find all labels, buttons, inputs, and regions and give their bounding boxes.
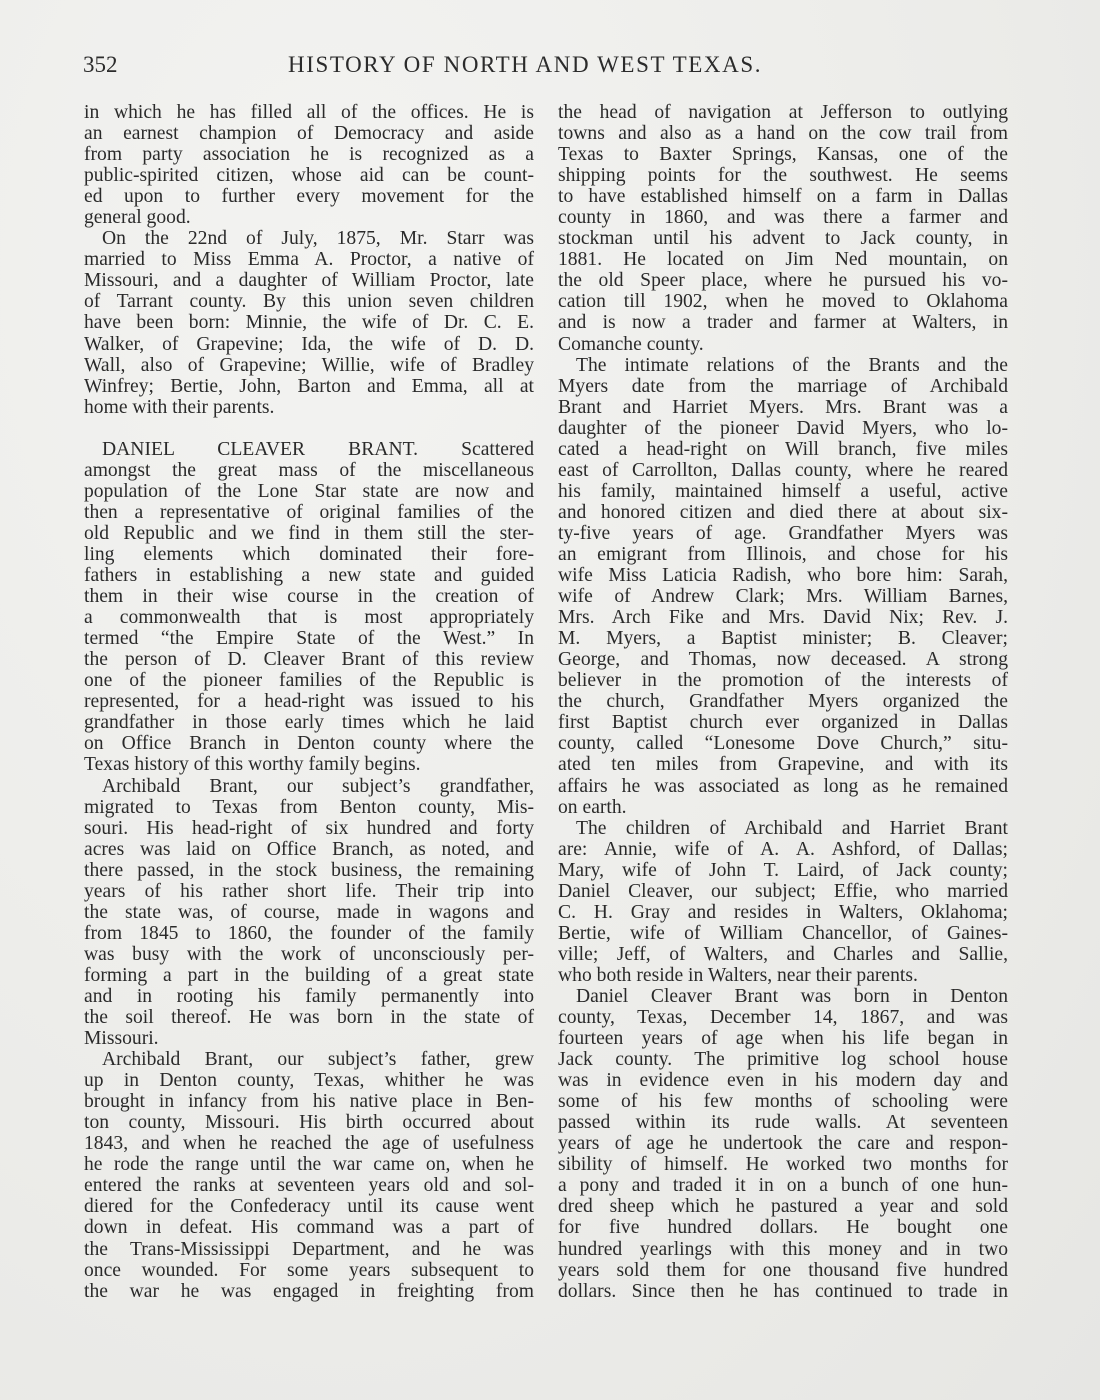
text-line: cation till 1902, when he moved to Oklah… [558,291,1008,312]
text-line: and in rooting his family permanently in… [84,986,534,1007]
text-line: Daniel Cleaver Brant was born in Denton [558,986,1008,1007]
text-line: C. H. Gray and resides in Walters, Oklah… [558,902,1008,923]
text-line: ville; Jeff, of Walters, and Charles and… [558,944,1008,965]
text-line: termed “the Empire State of the West.” I… [84,628,534,649]
text-line: Texas history of this worthy family begi… [84,754,534,775]
text-line: county in 1860, and was there a farmer a… [558,207,1008,228]
text-line: for five hundred dollars. He bought one [558,1217,1008,1238]
text-line: the state was, of course, made in wagons… [84,902,534,923]
text-line: to have established himself on a farm in… [558,186,1008,207]
text-line: fourteen years of age when his life bega… [558,1028,1008,1049]
text-line: ed upon to further every movement for th… [84,186,534,207]
text-line: ty-five years of age. Grandfather Myers … [558,523,1008,544]
text-line: some of his few months of schooling were [558,1091,1008,1112]
text-line: grandfather in those early times which h… [84,712,534,733]
text-line: was busy with the work of unconsciously … [84,944,534,965]
right-column: the head of navigation at Jefferson to o… [558,102,1008,1302]
text-line: are: Annie, wife of A. A. Ashford, of Da… [558,839,1008,860]
left-column: in which he has filled all of the office… [84,102,534,1302]
text-line: public-spirited citizen, whose aid can b… [84,165,534,186]
text-line: old Republic and we find in them still t… [84,523,534,544]
text-line: the church, Grandfather Myers organized … [558,691,1008,712]
text-line: Bertie, wife of William Chancellor, of G… [558,923,1008,944]
text-line: wife of Andrew Clark; Mrs. William Barne… [558,586,1008,607]
text-line: hundred yearlings with this money and in… [558,1239,1008,1260]
text-line: ated ten miles from Grapevine, and with … [558,754,1008,775]
text-line: souri. His head-right of six hundred and… [84,818,534,839]
text-line: Brant and Harriet Myers. Mrs. Brant was … [558,397,1008,418]
text-line: population of the Lone Star state are no… [84,481,534,502]
text-line: amongst the great mass of the miscellane… [84,460,534,481]
text-line: he rode the range until the war came on,… [84,1154,534,1175]
text-line: a commonwealth that is most appropriatel… [84,607,534,628]
text-line: Texas to Baxter Springs, Kansas, one of … [558,144,1008,165]
text-line: represented, for a head-right was issued… [84,691,534,712]
text-line: Daniel Cleaver, our subject; Effie, who … [558,881,1008,902]
text-line: Archibald Brant, our subject’s grandfath… [84,776,534,797]
text-line: daughter of the pioneer David Myers, who… [558,418,1008,439]
text-line: county, Texas, December 14, 1867, and wa… [558,1007,1008,1028]
text-line: the old Speer place, where he pursued hi… [558,270,1008,291]
text-line: county, called “Lonesome Dove Church,” s… [558,733,1008,754]
text-line: The children of Archibald and Harriet Br… [558,818,1008,839]
text-line: Mary, wife of John T. Laird, of Jack cou… [558,860,1008,881]
text-line: diered for the Confederacy until its cau… [84,1196,534,1217]
text-line: an emigrant from Illinois, and chose for… [558,544,1008,565]
text-line: from party association he is recognized … [84,144,534,165]
text-line: The intimate relations of the Brants and… [558,355,1008,376]
text-line: east of Carrollton, Dallas county, where… [558,460,1008,481]
text-line: and honored citizen and died there at ab… [558,502,1008,523]
text-line: and is now a trader and farmer at Walter… [558,312,1008,333]
text-line: believer in the promotion of the interes… [558,670,1008,691]
text-line: forming a part in the building of a grea… [84,965,534,986]
text-line: Comanche county. [558,334,1008,355]
text-line: dred sheep which he pastured a year and … [558,1196,1008,1217]
text-line: Missouri. [84,1028,534,1049]
text-line: who both reside in Walters, near their p… [558,965,1008,986]
text-line: of Tarrant county. By this union seven c… [84,291,534,312]
text-line: down in defeat. His command was a part o… [84,1217,534,1238]
text-line: married to Miss Emma A. Proctor, a nativ… [84,249,534,270]
text-line: on earth. [558,797,1008,818]
paragraph-break [84,418,534,439]
text-line: Jack county. The primitive log school ho… [558,1049,1008,1070]
text-line: his family, maintained himself a useful,… [558,481,1008,502]
text-line: years sold them for one thousand five hu… [558,1260,1008,1281]
text-line: there passed, in the stock business, the… [84,860,534,881]
text-line: shipping points for the southwest. He se… [558,165,1008,186]
text-line: an earnest champion of Democracy and asi… [84,123,534,144]
text-line: acres was laid on Office Branch, as note… [84,839,534,860]
text-line: M. Myers, a Baptist minister; B. Cleaver… [558,628,1008,649]
text-line: was in evidence even in his modern day a… [558,1070,1008,1091]
text-line: years of his rather short life. Their tr… [84,881,534,902]
text-line: the person of D. Cleaver Brant of this r… [84,649,534,670]
text-line: Walker, of Grapevine; Ida, the wife of D… [84,334,534,355]
text-line: migrated to Texas from Benton county, Mi… [84,797,534,818]
text-line: passed within its rude walls. At sevente… [558,1112,1008,1133]
text-line: Missouri, and a daughter of William Proc… [84,270,534,291]
text-line: 1881. He located on Jim Ned mountain, on [558,249,1008,270]
text-line: home with their parents. [84,397,534,418]
text-line: general good. [84,207,534,228]
text-line: brought in infancy from his native place… [84,1091,534,1112]
text-line: Archibald Brant, our subject’s father, g… [84,1049,534,1070]
text-line: the head of navigation at Jefferson to o… [558,102,1008,123]
running-title: HISTORY OF NORTH AND WEST TEXAS. [288,52,762,78]
text-line: wife Miss Laticia Radish, who bore him: … [558,565,1008,586]
text-line: DANIEL CLEAVER BRANT. Scattered [84,439,534,460]
text-line: ton county, Missouri. His birth occurred… [84,1112,534,1133]
text-line: the soil thereof. He was born in the sta… [84,1007,534,1028]
text-line: one of the pioneer families of the Repub… [84,670,534,691]
text-line: up in Denton county, Texas, whither he w… [84,1070,534,1091]
text-line: cated a head-right on Will branch, five … [558,439,1008,460]
page-number: 352 [83,52,118,78]
text-line: a pony and traded it in on a bunch of on… [558,1175,1008,1196]
text-line: in which he has filled all of the office… [84,102,534,123]
text-line: ling elements which dominated their fore… [84,544,534,565]
text-line: affairs he was associated as long as he … [558,776,1008,797]
text-line: them in their wise course in the creatio… [84,586,534,607]
text-line: On the 22nd of July, 1875, Mr. Starr was [84,228,534,249]
text-line: then a representative of original famili… [84,502,534,523]
text-line: Winfrey; Bertie, John, Barton and Emma, … [84,376,534,397]
text-line: the Trans-Mississippi Department, and he… [84,1239,534,1260]
text-line: Mrs. Arch Fike and Mrs. David Nix; Rev. … [558,607,1008,628]
text-line: towns and also as a hand on the cow trai… [558,123,1008,144]
text-line: on Office Branch in Denton county where … [84,733,534,754]
text-line: first Baptist church ever organized in D… [558,712,1008,733]
text-line: sibility of himself. He worked two month… [558,1154,1008,1175]
text-line: have been born: Minnie, the wife of Dr. … [84,312,534,333]
text-line: Wall, also of Grapevine; Willie, wife of… [84,355,534,376]
text-line: entered the ranks at seventeen years old… [84,1175,534,1196]
text-line: years of age he undertook the care and r… [558,1133,1008,1154]
text-line: fathers in establishing a new state and … [84,565,534,586]
text-line: dollars. Since then he has continued to … [558,1281,1008,1302]
text-line: Myers date from the marriage of Archibal… [558,376,1008,397]
text-line: 1843, and when he reached the age of use… [84,1133,534,1154]
text-line: George, and Thomas, now deceased. A stro… [558,649,1008,670]
text-line: stockman until his advent to Jack county… [558,228,1008,249]
text-line: from 1845 to 1860, the founder of the fa… [84,923,534,944]
text-line: the war he was engaged in freighting fro… [84,1281,534,1302]
text-line: once wounded. For some years subsequent … [84,1260,534,1281]
